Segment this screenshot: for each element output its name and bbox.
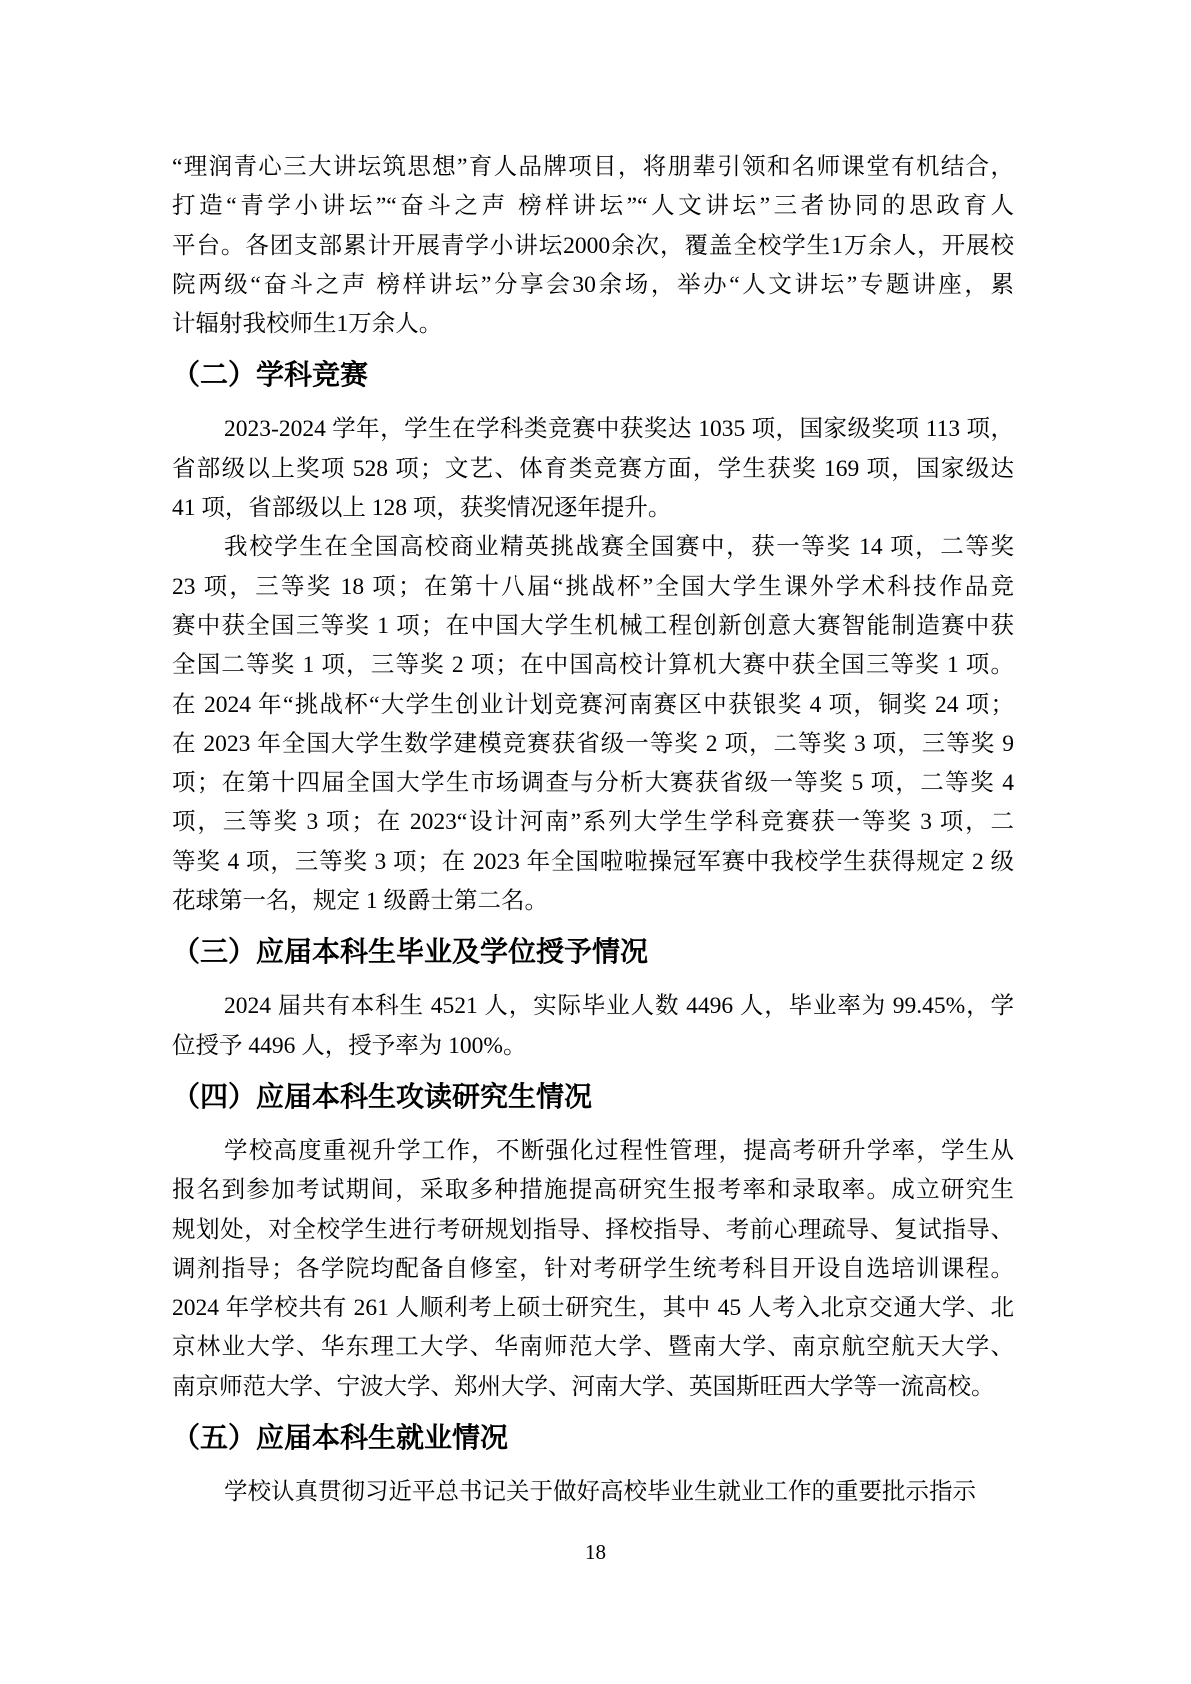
text-line: 报名到参加考试期间，采取多种措施提高研究生报考率和录取率。成立研究生: [172, 1171, 1014, 1210]
page-number: 18: [0, 1540, 1191, 1565]
text-line: 2023-2024 学年，学生在学科类竞赛中获奖达 1035 项，国家级奖项 1…: [172, 410, 1014, 449]
text-line: 项，三等奖 3 项；在 2023“设计河南”系列大学生学科竞赛获一等奖 3 项，…: [172, 803, 1014, 842]
text-line: 学校高度重视升学工作，不断强化过程性管理，提高考研升学率，学生从: [172, 1132, 1014, 1171]
text-line: 调剂指导；各学院均配备自修室，针对考研学生统考科目开设自选培训课程。: [172, 1250, 1014, 1289]
text-line: 京林业大学、华东理工大学、华南师范大学、暨南大学、南京航空航天大学、: [172, 1328, 1014, 1367]
text-line: 等奖 4 项，三等奖 3 项；在 2023 年全国啦啦操冠军赛中我校学生获得规定…: [172, 843, 1014, 882]
section-heading-2: （二）学科竞赛: [172, 356, 1014, 394]
page-content: “理润青心三大讲坛筑思想”育人品牌项目，将朋辈引领和名师课堂有机结合， 打造“青…: [172, 148, 1014, 1512]
section-heading-3: （三）应届本科生毕业及学位授予情况: [172, 933, 1014, 971]
text-line: 院两级“奋斗之声 榜样讲坛”分享会30余场，举办“人文讲坛”专题讲座，累: [172, 266, 1014, 305]
text-line: 在 2023 年全国大学生数学建模竞赛获省级一等奖 2 项，二等奖 3 项，三等…: [172, 725, 1014, 764]
text-line: 省部级以上奖项 528 项；文艺、体育类竞赛方面，学生获奖 169 项，国家级达: [172, 450, 1014, 489]
text-line: 南京师范大学、宁波大学、郑州大学、河南大学、英国斯旺西大学等一流高校。: [172, 1368, 1014, 1407]
paragraph-forums-continuation: “理润青心三大讲坛筑思想”育人品牌项目，将朋辈引领和名师课堂有机结合， 打造“青…: [172, 148, 1014, 344]
paragraph-employment: 学校认真贯彻习近平总书记关于做好高校毕业生就业工作的重要批示指示: [172, 1473, 1014, 1512]
text-line: 赛中获全国三等奖 1 项；在中国大学生机械工程创新创意大赛智能制造赛中获: [172, 607, 1014, 646]
text-line: 在 2024 年“挑战杯“大学生创业计划竞赛河南赛区中获银奖 4 项，铜奖 24…: [172, 686, 1014, 725]
text-line: 花球第一名，规定 1 级爵士第二名。: [172, 882, 1014, 921]
paragraph-competition-overview: 2023-2024 学年，学生在学科类竞赛中获奖达 1035 项，国家级奖项 1…: [172, 410, 1014, 528]
text-line: 我校学生在全国高校商业精英挑战赛全国赛中，获一等奖 14 项，二等奖: [172, 528, 1014, 567]
paragraph-postgraduate: 学校高度重视升学工作，不断强化过程性管理，提高考研升学率，学生从 报名到参加考试…: [172, 1132, 1014, 1407]
paragraph-competition-details: 我校学生在全国高校商业精英挑战赛全国赛中，获一等奖 14 项，二等奖 23 项，…: [172, 528, 1014, 921]
text-line: 学校认真贯彻习近平总书记关于做好高校毕业生就业工作的重要批示指示: [172, 1473, 1014, 1512]
text-line: 规划处，对全校学生进行考研规划指导、择校指导、考前心理疏导、复试指导、: [172, 1211, 1014, 1250]
text-line: “理润青心三大讲坛筑思想”育人品牌项目，将朋辈引领和名师课堂有机结合，: [172, 148, 1014, 187]
section-heading-4: （四）应届本科生攻读研究生情况: [172, 1078, 1014, 1116]
section-heading-5: （五）应届本科生就业情况: [172, 1419, 1014, 1457]
text-line: 41 项，省部级以上 128 项，获奖情况逐年提升。: [172, 489, 1014, 528]
text-line: 平台。各团支部累计开展青学小讲坛2000余次，覆盖全校学生1万余人，开展校: [172, 227, 1014, 266]
text-line: 全国二等奖 1 项，三等奖 2 项；在中国高校计算机大赛中获全国三等奖 1 项。: [172, 646, 1014, 685]
text-line: 打造“青学小讲坛”“奋斗之声 榜样讲坛”“人文讲坛”三者协同的思政育人: [172, 187, 1014, 226]
text-line: 位授予 4496 人，授予率为 100%。: [172, 1027, 1014, 1066]
text-line: 23 项，三等奖 18 项；在第十八届“挑战杯”全国大学生课外学术科技作品竞: [172, 568, 1014, 607]
text-line: 项；在第十四届全国大学生市场调查与分析大赛获省级一等奖 5 项，二等奖 4: [172, 764, 1014, 803]
text-line: 计辐射我校师生1万余人。: [172, 305, 1014, 344]
text-line: 2024 年学校共有 261 人顺利考上硕士研究生，其中 45 人考入北京交通大…: [172, 1289, 1014, 1328]
document-page: “理润青心三大讲坛筑思想”育人品牌项目，将朋辈引领和名师课堂有机结合， 打造“青…: [0, 0, 1191, 1684]
paragraph-graduation: 2024 届共有本科生 4521 人，实际毕业人数 4496 人，毕业率为 99…: [172, 987, 1014, 1066]
text-line: 2024 届共有本科生 4521 人，实际毕业人数 4496 人，毕业率为 99…: [172, 987, 1014, 1026]
